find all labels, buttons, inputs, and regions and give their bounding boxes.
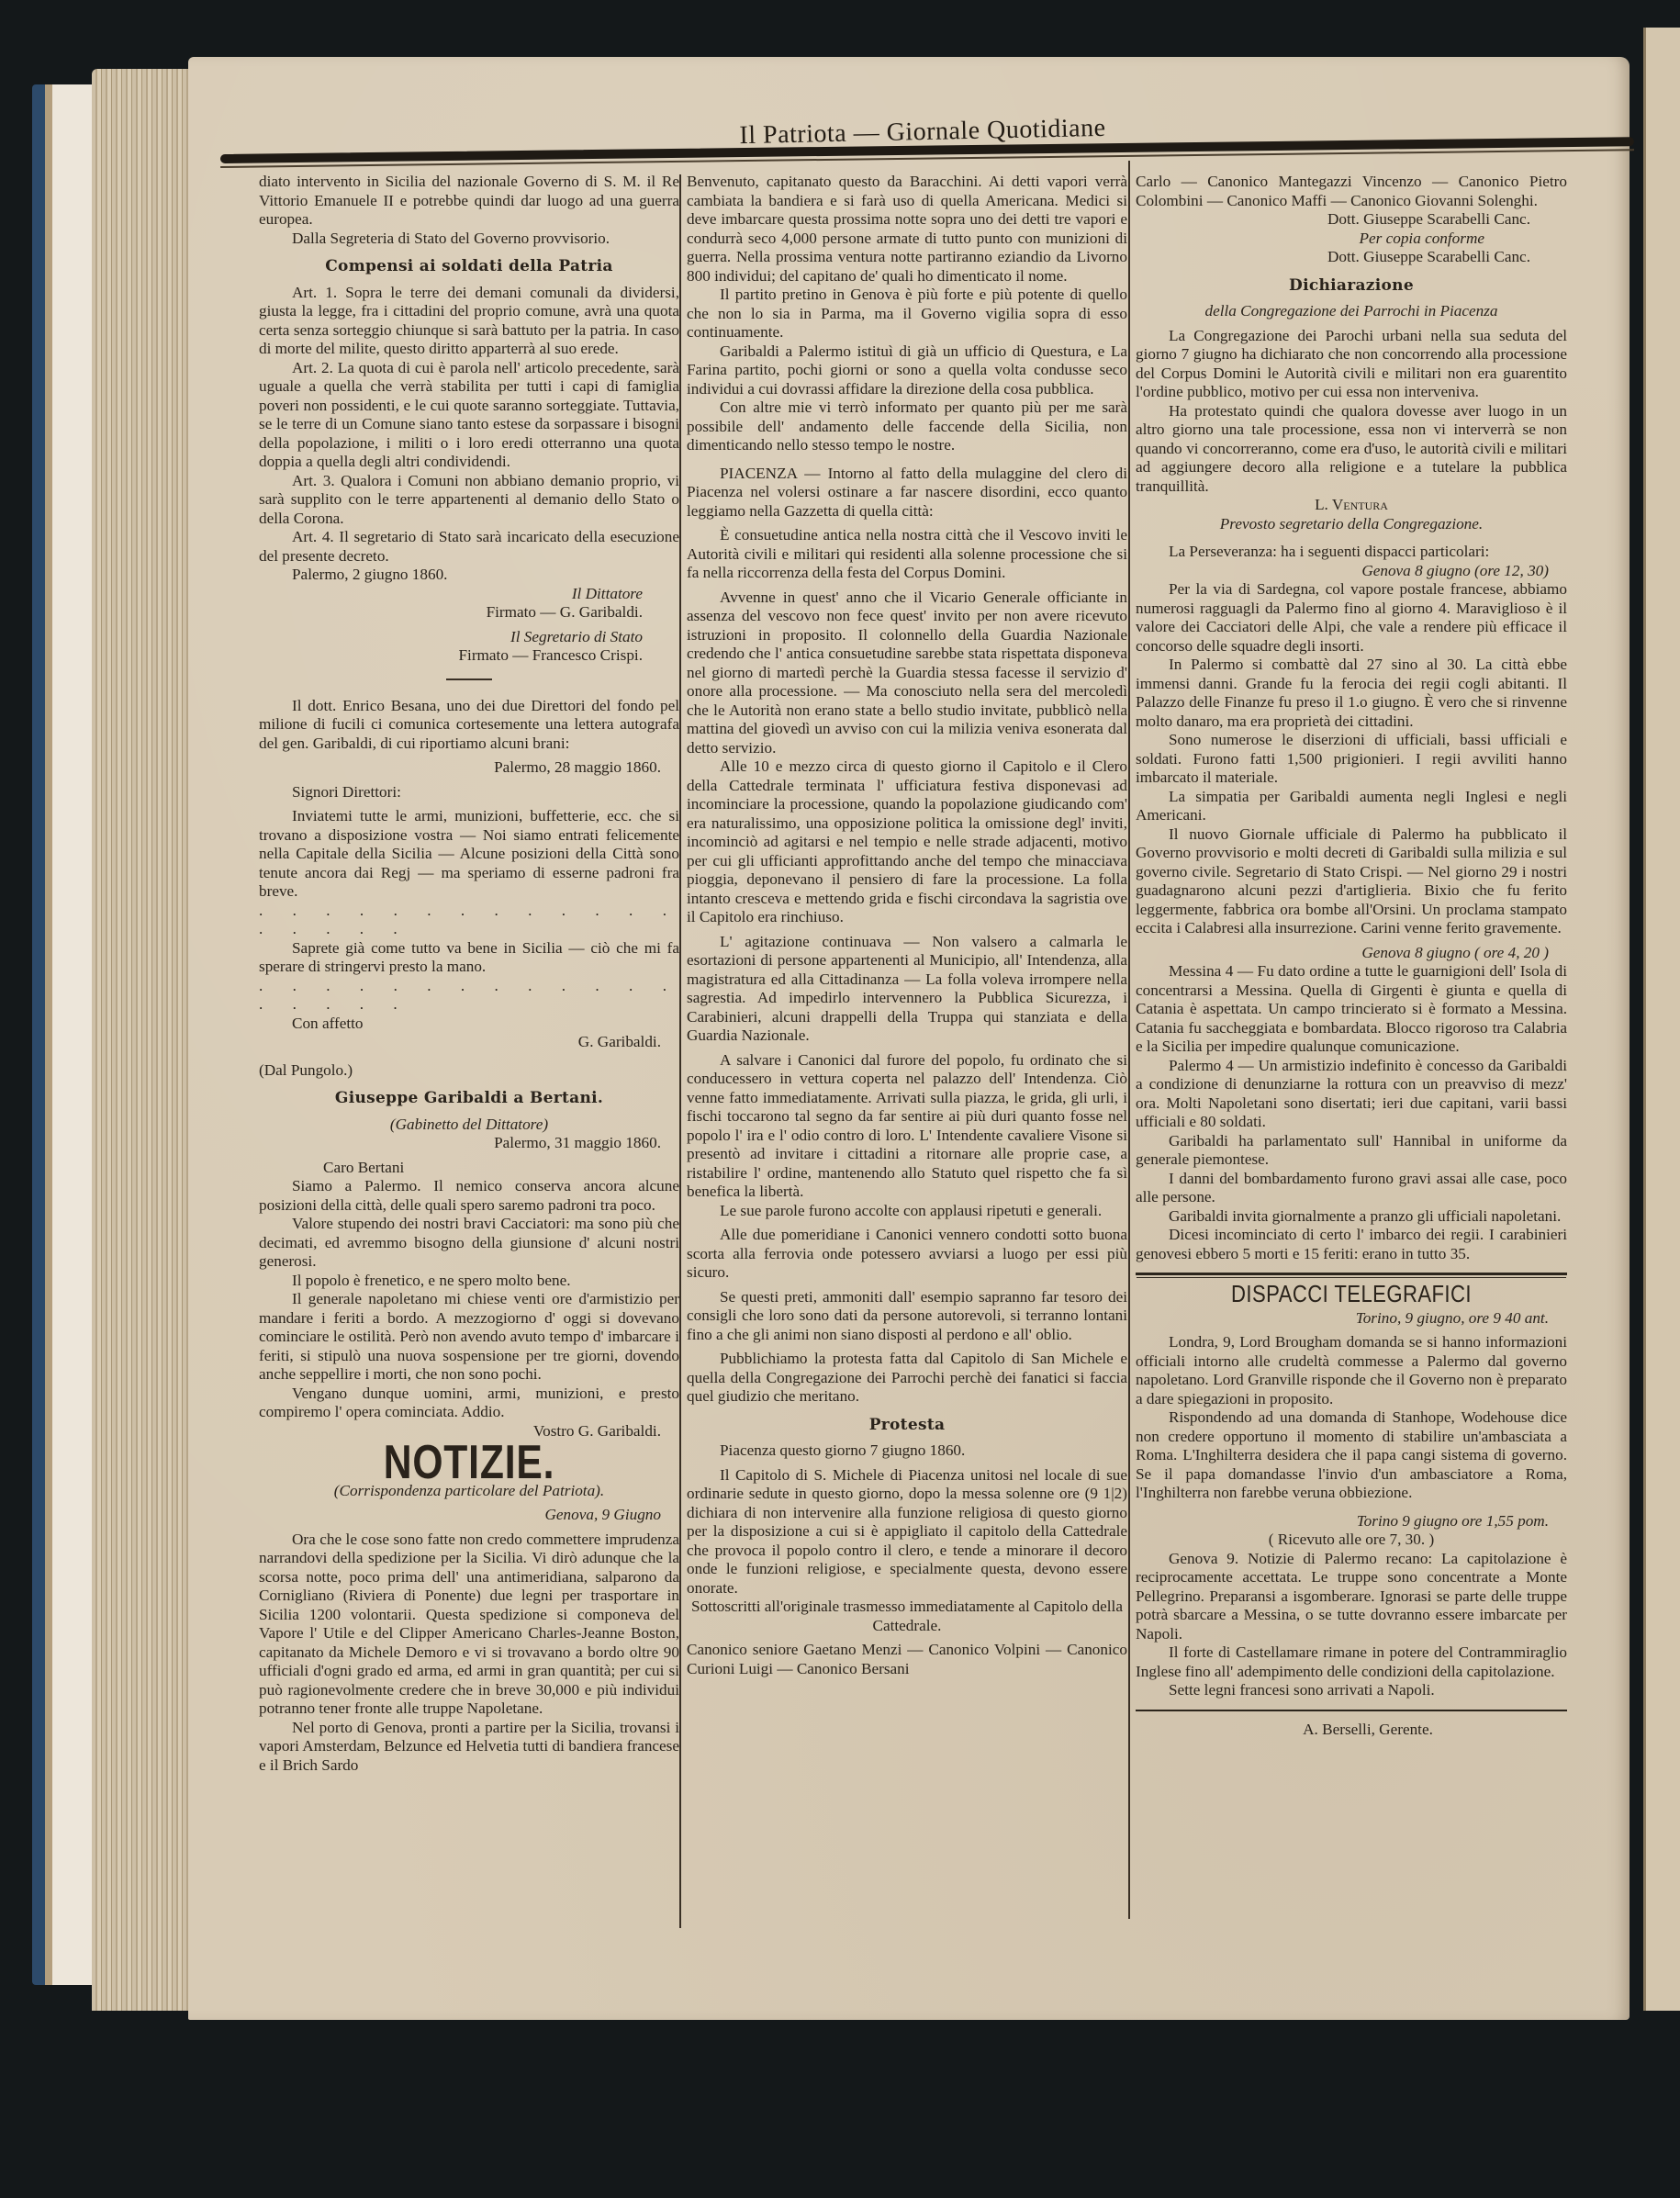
- article-2: Art. 2. La quota di cui è parola nell' a…: [259, 359, 679, 472]
- letter-body: Valore stupendo dei nostri bravi Cacciat…: [259, 1215, 679, 1272]
- salutation: Signori Direttori:: [259, 783, 679, 802]
- signature: Firmato — G. Garibaldi.: [259, 603, 679, 622]
- paragraph: Dicesi incominciato di certo l' imbarco …: [1136, 1226, 1567, 1263]
- subheading: della Congregazione dei Parrochi in Piac…: [1136, 302, 1567, 321]
- article-4: Art. 4. Il segretario di Stato sarà inca…: [259, 528, 679, 566]
- signatories: Carlo — Canonico Mantegazzi Vincenzo — C…: [1136, 173, 1567, 210]
- paragraph-piacenza: PIACENZA — Intorno al fatto della mulagg…: [687, 465, 1127, 521]
- received-note: ( Ricevuto alle ore 7, 30. ): [1136, 1531, 1567, 1550]
- paragraph: In Palermo si combattè dal 27 sino al 30…: [1136, 656, 1567, 731]
- dateline: Torino, 9 giugno, ore 9 40 ant.: [1136, 1309, 1567, 1329]
- paragraph: È consuetudine antica nella nostra città…: [687, 526, 1127, 583]
- paragraph: Il partito pretino in Genova è più forte…: [687, 286, 1127, 342]
- paragraph: A salvare i Canonici dal furore del popo…: [687, 1051, 1127, 1202]
- column-divider-1: [679, 174, 681, 1928]
- paragraph: Garibaldi invita giornalmente a pranzo g…: [1136, 1207, 1567, 1227]
- dateline: Genova, 9 Giugno: [259, 1506, 679, 1525]
- salutation: Caro Bertani: [259, 1159, 679, 1178]
- paragraph: La Perseveranza: ha i seguenti dispacci …: [1136, 543, 1567, 562]
- paragraph: Dalla Segreteria di Stato del Governo pr…: [259, 230, 679, 249]
- paragraph: Sono numerose le diserzioni di ufficiali…: [1136, 731, 1567, 788]
- section-heading-dispacci: DISPACCI TELEGRAFICI: [1168, 1284, 1535, 1304]
- closing: Con affetto: [259, 1015, 679, 1034]
- section-heading-notizie: NOTIZIE.: [297, 1453, 642, 1473]
- paragraph: La simpatia per Garibaldi aumenta negli …: [1136, 788, 1567, 825]
- ellipsis-row: . . . . . . . . . . . . . . . . . .: [259, 977, 679, 1015]
- dateline: Palermo, 31 maggio 1860.: [259, 1134, 679, 1153]
- paragraph: Genova 9. Notizie di Palermo recano: La …: [1136, 1550, 1567, 1644]
- paragraph: Garibaldi ha parlamentato sull' Hannibal…: [1136, 1132, 1567, 1170]
- paragraph: Le sue parole furono accolte con applaus…: [687, 1202, 1127, 1221]
- section-heading-bertani: Giuseppe Garibaldi a Bertani.: [259, 1089, 679, 1108]
- paragraph: La Congregazione dei Parochi urbani nell…: [1136, 327, 1567, 402]
- paragraph: Avvenne in quest' anno che il Vicario Ge…: [687, 589, 1127, 758]
- dateline: Genova 8 giugno (ore 12, 30): [1136, 562, 1567, 581]
- decree-date: Palermo, 2 giugno 1860.: [259, 566, 679, 585]
- signature-title: Il Segretario di Stato: [259, 628, 679, 647]
- column-divider-2: [1128, 161, 1130, 1919]
- paragraph: Il Capitolo di S. Michele di Piacenza un…: [687, 1466, 1127, 1598]
- signature: Dott. Giuseppe Scarabelli Canc.: [1136, 248, 1567, 267]
- source-note: (Dal Pungolo.): [259, 1061, 679, 1081]
- page-stack-edges: [92, 69, 193, 2011]
- signature-title: Per copia conforme: [1136, 230, 1567, 249]
- subheading: (Gabinetto del Dittatore): [259, 1116, 679, 1135]
- letter-body: Siamo a Palermo. Il nemico conserva anco…: [259, 1177, 679, 1215]
- paragraph: Nel porto di Genova, pronti a partire pe…: [259, 1719, 679, 1776]
- paragraph: Ha protestato quindi che qualora dovesse…: [1136, 402, 1567, 497]
- signature: Dott. Giuseppe Scarabelli Canc.: [1136, 210, 1567, 230]
- paragraph: Palermo 4 — Un armistizio indefinito è c…: [1136, 1057, 1567, 1132]
- paragraph: Rispondendo ad una domanda di Stanhope, …: [1136, 1408, 1567, 1503]
- section-heading-dichiarazione: Dichiarazione: [1136, 276, 1567, 296]
- paragraph: Il forte di Castellamare rimane in poter…: [1136, 1643, 1567, 1681]
- letter-body: Inviatemi tutte le armi, munizioni, buff…: [259, 807, 679, 902]
- book-spine: [32, 84, 96, 1985]
- paragraph: I danni del bombardamento furono gravi a…: [1136, 1170, 1567, 1207]
- paragraph: diato intervento in Sicilia del nazional…: [259, 173, 679, 230]
- signature-title: Il Dittatore: [259, 585, 679, 604]
- publisher-credit: A. Berselli, Gerente.: [1136, 1721, 1567, 1740]
- paragraph: Alle 10 e mezzo circa di questo giorno i…: [687, 757, 1127, 927]
- ellipsis-row: . . . . . . . . . . . . . . . . . .: [259, 902, 679, 939]
- paragraph: Sottoscritti all'originale trasmesso imm…: [687, 1598, 1127, 1635]
- paragraph: Il nuovo Giornale ufficiale di Palermo h…: [1136, 825, 1567, 938]
- paragraph: Pubblichiamo la protesta fatta dal Capit…: [687, 1350, 1127, 1407]
- dateline: Palermo, 28 maggio 1860.: [259, 758, 679, 778]
- column-middle: Benvenuto, capitanato questo da Baracchi…: [687, 173, 1127, 1678]
- signature: L. Ventura: [1136, 496, 1567, 515]
- paragraph: Londra, 9, Lord Brougham domanda se si h…: [1136, 1333, 1567, 1408]
- dateline: Genova 8 giugno ( ore 4, 20 ): [1136, 944, 1567, 963]
- dateline: Torino 9 giugno ore 1,55 pom.: [1136, 1512, 1567, 1531]
- footer-rule: [1136, 1710, 1567, 1711]
- article-1: Art. 1. Sopra le terre dei demani comuna…: [259, 284, 679, 359]
- signature: G. Garibaldi.: [259, 1033, 679, 1052]
- paragraph: Per la via di Sardegna, col vapore posta…: [1136, 580, 1567, 656]
- article-3: Art. 3. Qualora i Comuni non abbiano dem…: [259, 472, 679, 529]
- paragraph: Se questi preti, ammoniti dall' esempio …: [687, 1288, 1127, 1345]
- paragraph: Garibaldi a Palermo istituì di già un uf…: [687, 342, 1127, 399]
- section-divider: [1136, 1273, 1567, 1275]
- paragraph: Con altre mie vi terrò informato per qua…: [687, 398, 1127, 455]
- paragraph: Messina 4 — Fu dato ordine a tutte le gu…: [1136, 962, 1567, 1057]
- paragraph: L' agitazione continuava — Non valsero a…: [687, 933, 1127, 1046]
- column-right: Carlo — Canonico Mantegazzi Vincenzo — C…: [1136, 173, 1567, 1739]
- signatories: Canonico seniore Gaetano Menzi — Canonic…: [687, 1641, 1127, 1678]
- paragraph: Benvenuto, capitanato questo da Baracchi…: [687, 173, 1127, 286]
- letter-body: Il generale napoletano mi chiese venti o…: [259, 1290, 679, 1385]
- paragraph: Sette legni francesi sono arrivati a Nap…: [1136, 1681, 1567, 1700]
- column-left: diato intervento in Sicilia del nazional…: [259, 173, 679, 1775]
- signature: Firmato — Francesco Crispi.: [259, 646, 679, 666]
- next-page-edge: [1643, 28, 1680, 2011]
- letter-body: Vengano dunque uomini, armi, munizioni, …: [259, 1385, 679, 1422]
- paragraph: Alle due pomeridiane i Canonici vennero …: [687, 1226, 1127, 1283]
- letter-body: Saprete già come tutto va bene in Sicili…: [259, 939, 679, 977]
- dateline: Piacenza questo giorno 7 giugno 1860.: [687, 1441, 1127, 1461]
- section-heading-protesta: Protesta: [687, 1416, 1127, 1435]
- paragraph: Ora che le cose sono fatte non credo com…: [259, 1531, 679, 1719]
- signature-title: Prevosto segretario della Congregazione.: [1136, 515, 1567, 534]
- paragraph: Il dott. Enrico Besana, uno dei due Dire…: [259, 697, 679, 754]
- section-heading-compensi: Compensi ai soldati della Patria: [259, 257, 679, 276]
- divider: [446, 678, 492, 680]
- letter-body: Il popolo è frenetico, e ne spero molto …: [259, 1272, 679, 1291]
